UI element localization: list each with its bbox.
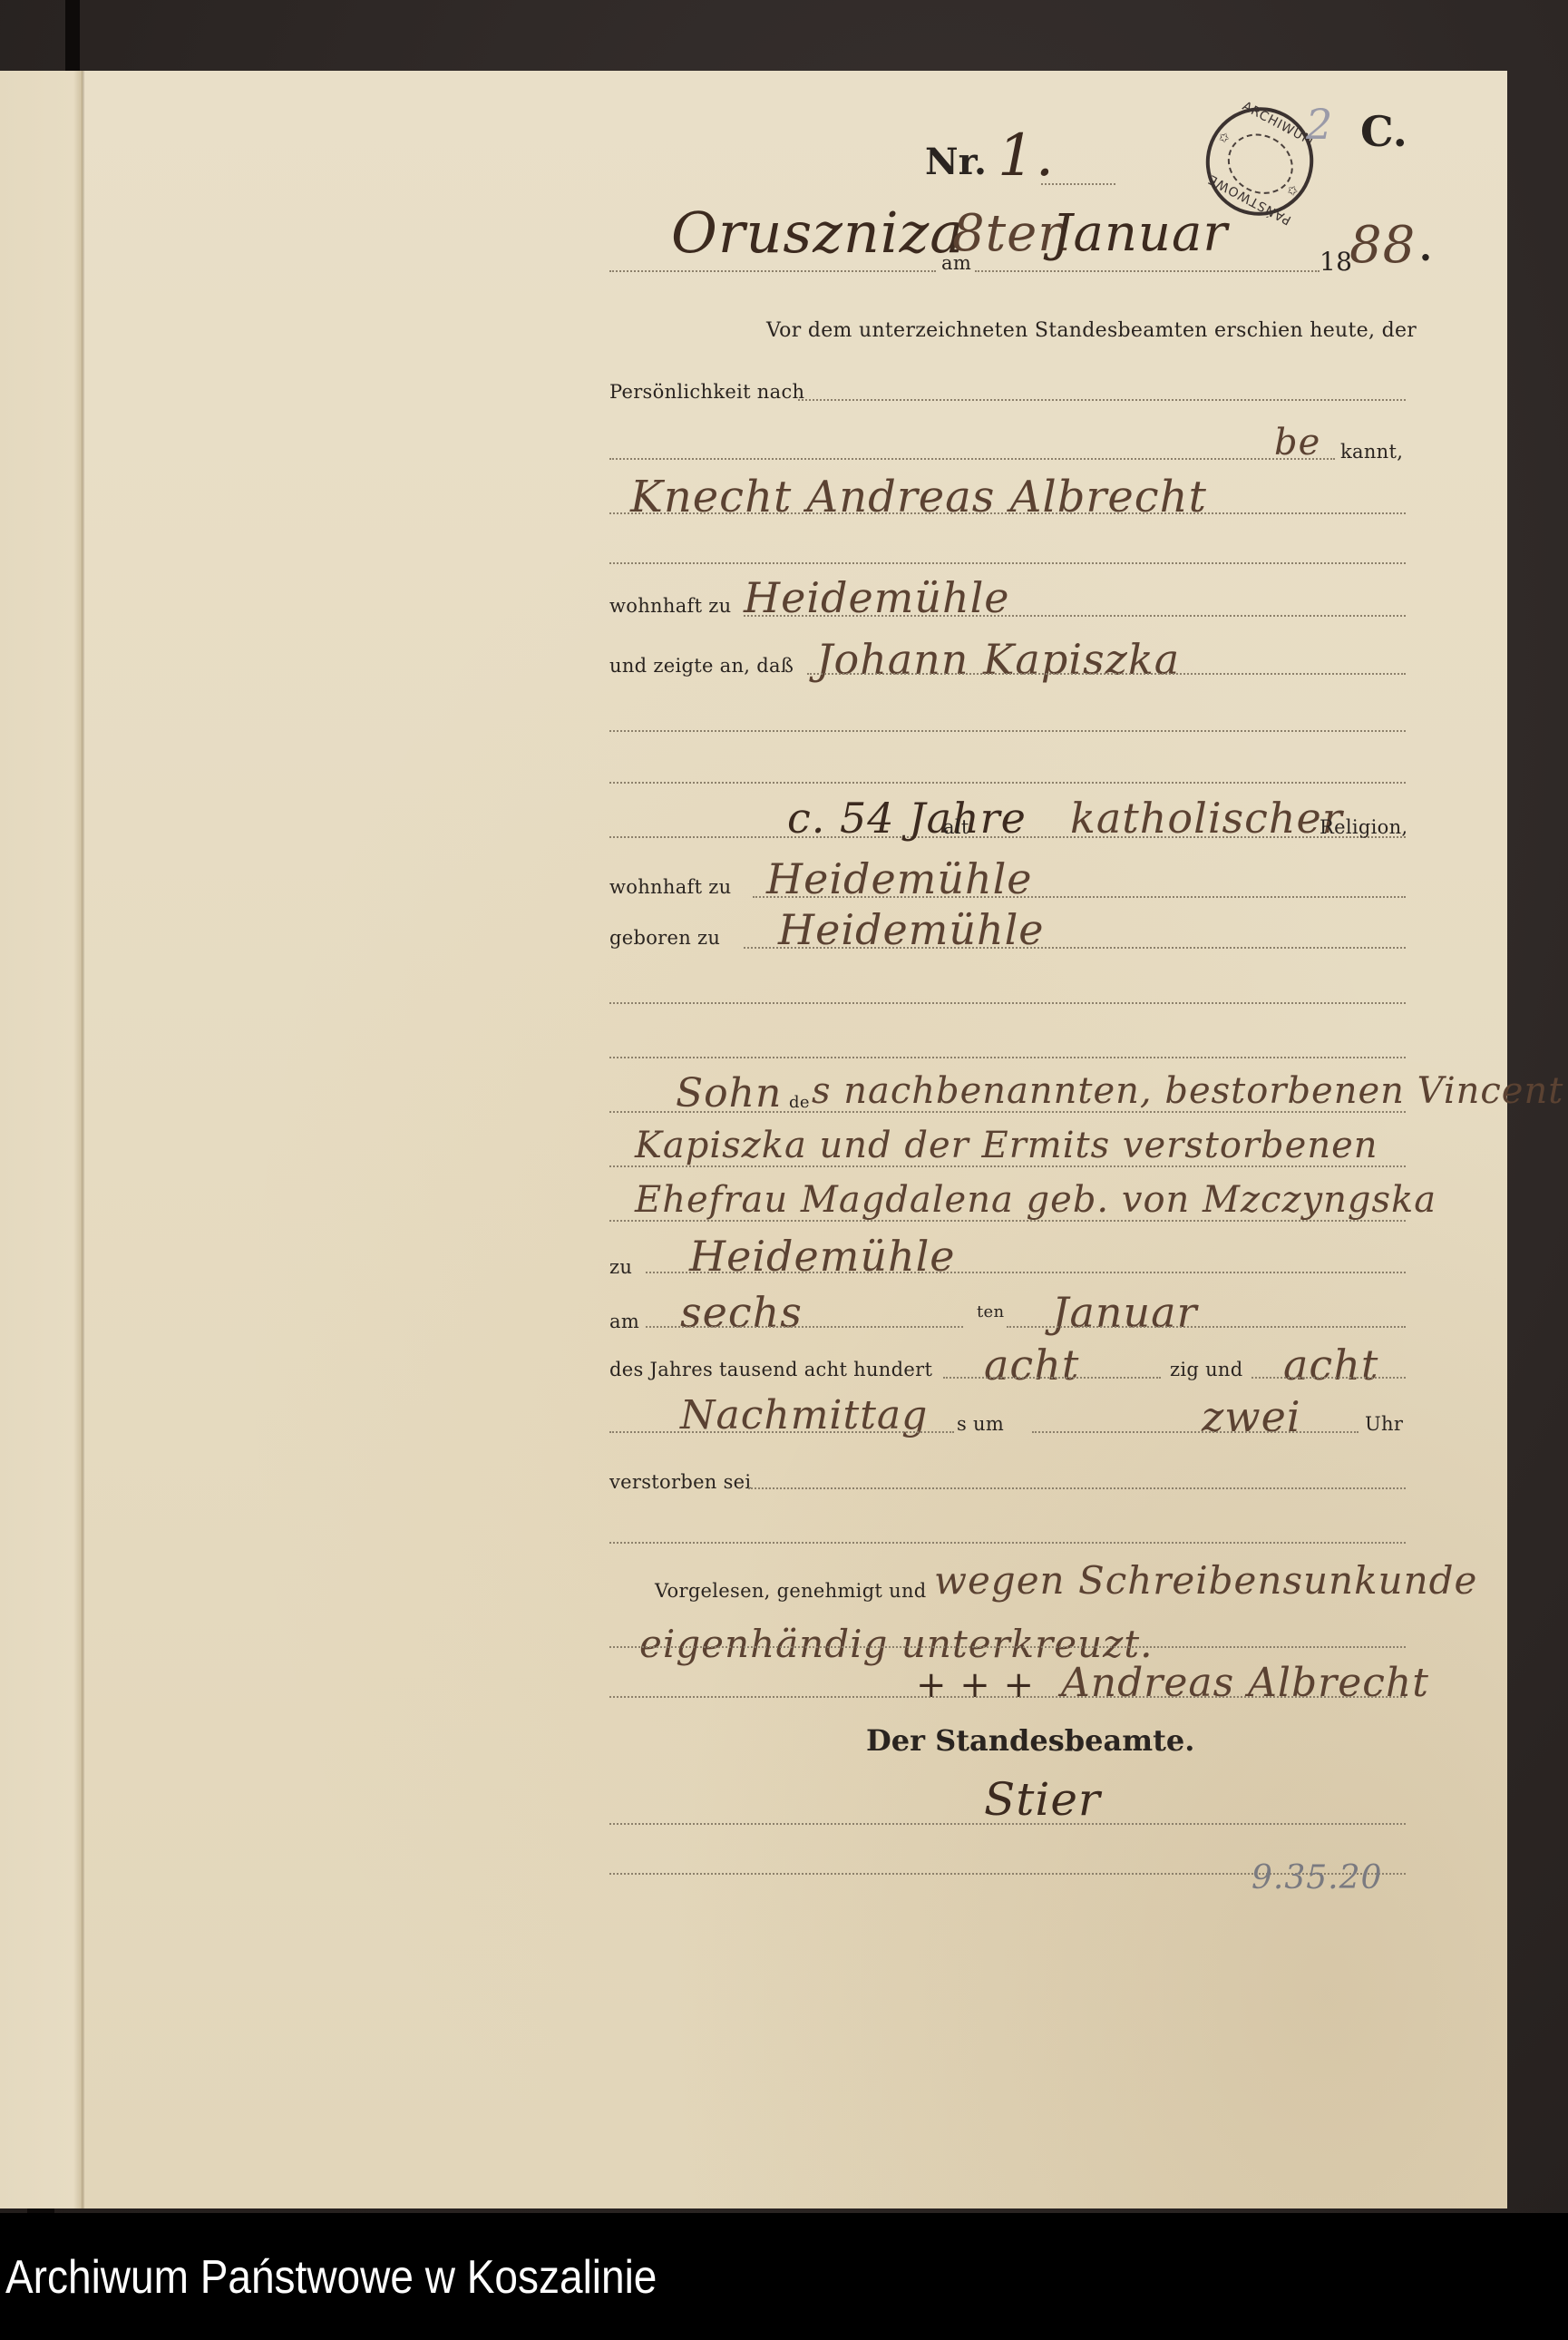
daypart-line [609,1431,954,1433]
unit-value: acht [1283,1341,1378,1389]
year-period: . [1419,227,1432,269]
death-month-line [1007,1326,1406,1328]
zig-und-label: zig und [1170,1359,1243,1380]
parents-line-3: Ehefrau Magdalena geb. von Mzczyngska [635,1179,1437,1221]
nr-label: Nr. [925,141,987,183]
year-prefix: 18 [1320,247,1352,277]
zu-label: zu [609,1256,632,1278]
parents-line-2-rule [609,1165,1406,1167]
registrar-title: Der Standesbeamte. [866,1723,1194,1758]
page-fold [83,71,84,2208]
decade-line [943,1377,1161,1379]
place-value: Oruszniza [671,200,964,266]
nr-line [1041,183,1115,185]
star-icon: ✩ [1284,182,1300,200]
date-line [975,270,1320,272]
pencil-note: 9.35.20 [1251,1859,1382,1896]
bekannt-line [609,458,1335,460]
unit-line [1251,1377,1406,1379]
death-day-line [646,1326,963,1328]
star-icon: ✩ [1215,130,1232,148]
geboren-line [744,947,1406,949]
am-label: am [609,1311,639,1332]
de-label: de [789,1093,810,1112]
bekannt-hand: be [1274,422,1320,463]
signature-line [609,1696,1406,1698]
parents-line-1: s nachbenannten, bestorbenen Vincent [812,1070,1563,1112]
informant-line [609,512,1406,514]
death-day: sechs [680,1288,803,1337]
bekannt-label: kannt, [1340,441,1403,463]
parents-line-1-rule [609,1111,1406,1113]
persoenlichkeit-label: Persönlichkeit nach [609,381,804,403]
zeigte-an-line [807,673,1406,675]
place-line [609,270,936,272]
parents-line-3-rule [609,1220,1406,1222]
blank-line [609,1542,1406,1544]
deceased-name: Johann Kapiszka [816,635,1180,684]
religion-value: katholischer [1070,794,1343,843]
blank-line [609,782,1406,784]
closing-hand-1: wegen Schreibensunkunde [934,1558,1477,1603]
blank-line [609,562,1406,564]
deceased-wohnhaft-line [753,896,1406,898]
signature-marks: + + + [916,1664,1035,1706]
sohn-value: Sohn [676,1070,782,1116]
left-page-edge [0,71,83,2208]
pencil-mark: 2 [1306,100,1333,149]
verstorben-line [748,1487,1406,1489]
archive-name: Archiwum Państwowe w Koszalinie [5,2249,657,2304]
persoenlichkeit-line [798,399,1406,401]
wohnhaft-line [744,615,1406,617]
verstorben-label: verstorben sei [609,1471,751,1493]
blank-line [609,730,1406,732]
closing-line-2 [609,1646,1406,1648]
geboren-label: geboren zu [609,927,720,949]
wohnhaft-label: wohnhaft zu [609,595,732,617]
year-suffix: 88 [1349,216,1416,275]
registrar-signature: Stier [984,1773,1101,1826]
parents-line-2: Kapiszka und der Ermits verstorbenen [635,1125,1378,1166]
archive-footer: Archiwum Państwowe w Koszalinie [0,2213,1568,2340]
hour-line [1032,1431,1359,1433]
series-letter: C. [1360,107,1407,156]
deceased-wohnhaft-label: wohnhaft zu [609,876,732,898]
hour-value: zwei [1202,1392,1301,1441]
s-um-label: s um [957,1413,1004,1435]
zu-line [646,1272,1406,1273]
registrar-line [609,1823,1406,1825]
informant-name: Knecht Andreas Albrecht [630,472,1207,522]
death-month: Januar [1052,1288,1198,1337]
nr-value: 1. [998,122,1055,190]
alt-label: alt [943,816,969,838]
blank-line [609,1057,1406,1058]
informant-signature: Andreas Albrecht [1061,1660,1429,1706]
uhr-label: Uhr [1365,1413,1403,1435]
blank-line [609,1002,1406,1004]
intro-text: Vor dem unterzeichneten Standesbeamten e… [766,319,1417,342]
decade-value: acht [984,1341,1079,1389]
jahres-label: des Jahres tausend acht hundert [609,1359,932,1380]
vorgelesen-label: Vorgelesen, genehmigt und [655,1580,927,1602]
spine-strip-top [65,0,80,73]
age-value: c. 54 Jahre [787,794,1027,843]
month-value: Januar [1052,204,1228,263]
zeigte-an-label: und zeigte an, daß [609,655,794,677]
ten-label: ten [977,1302,1004,1321]
religion-label: Religion, [1320,816,1407,838]
